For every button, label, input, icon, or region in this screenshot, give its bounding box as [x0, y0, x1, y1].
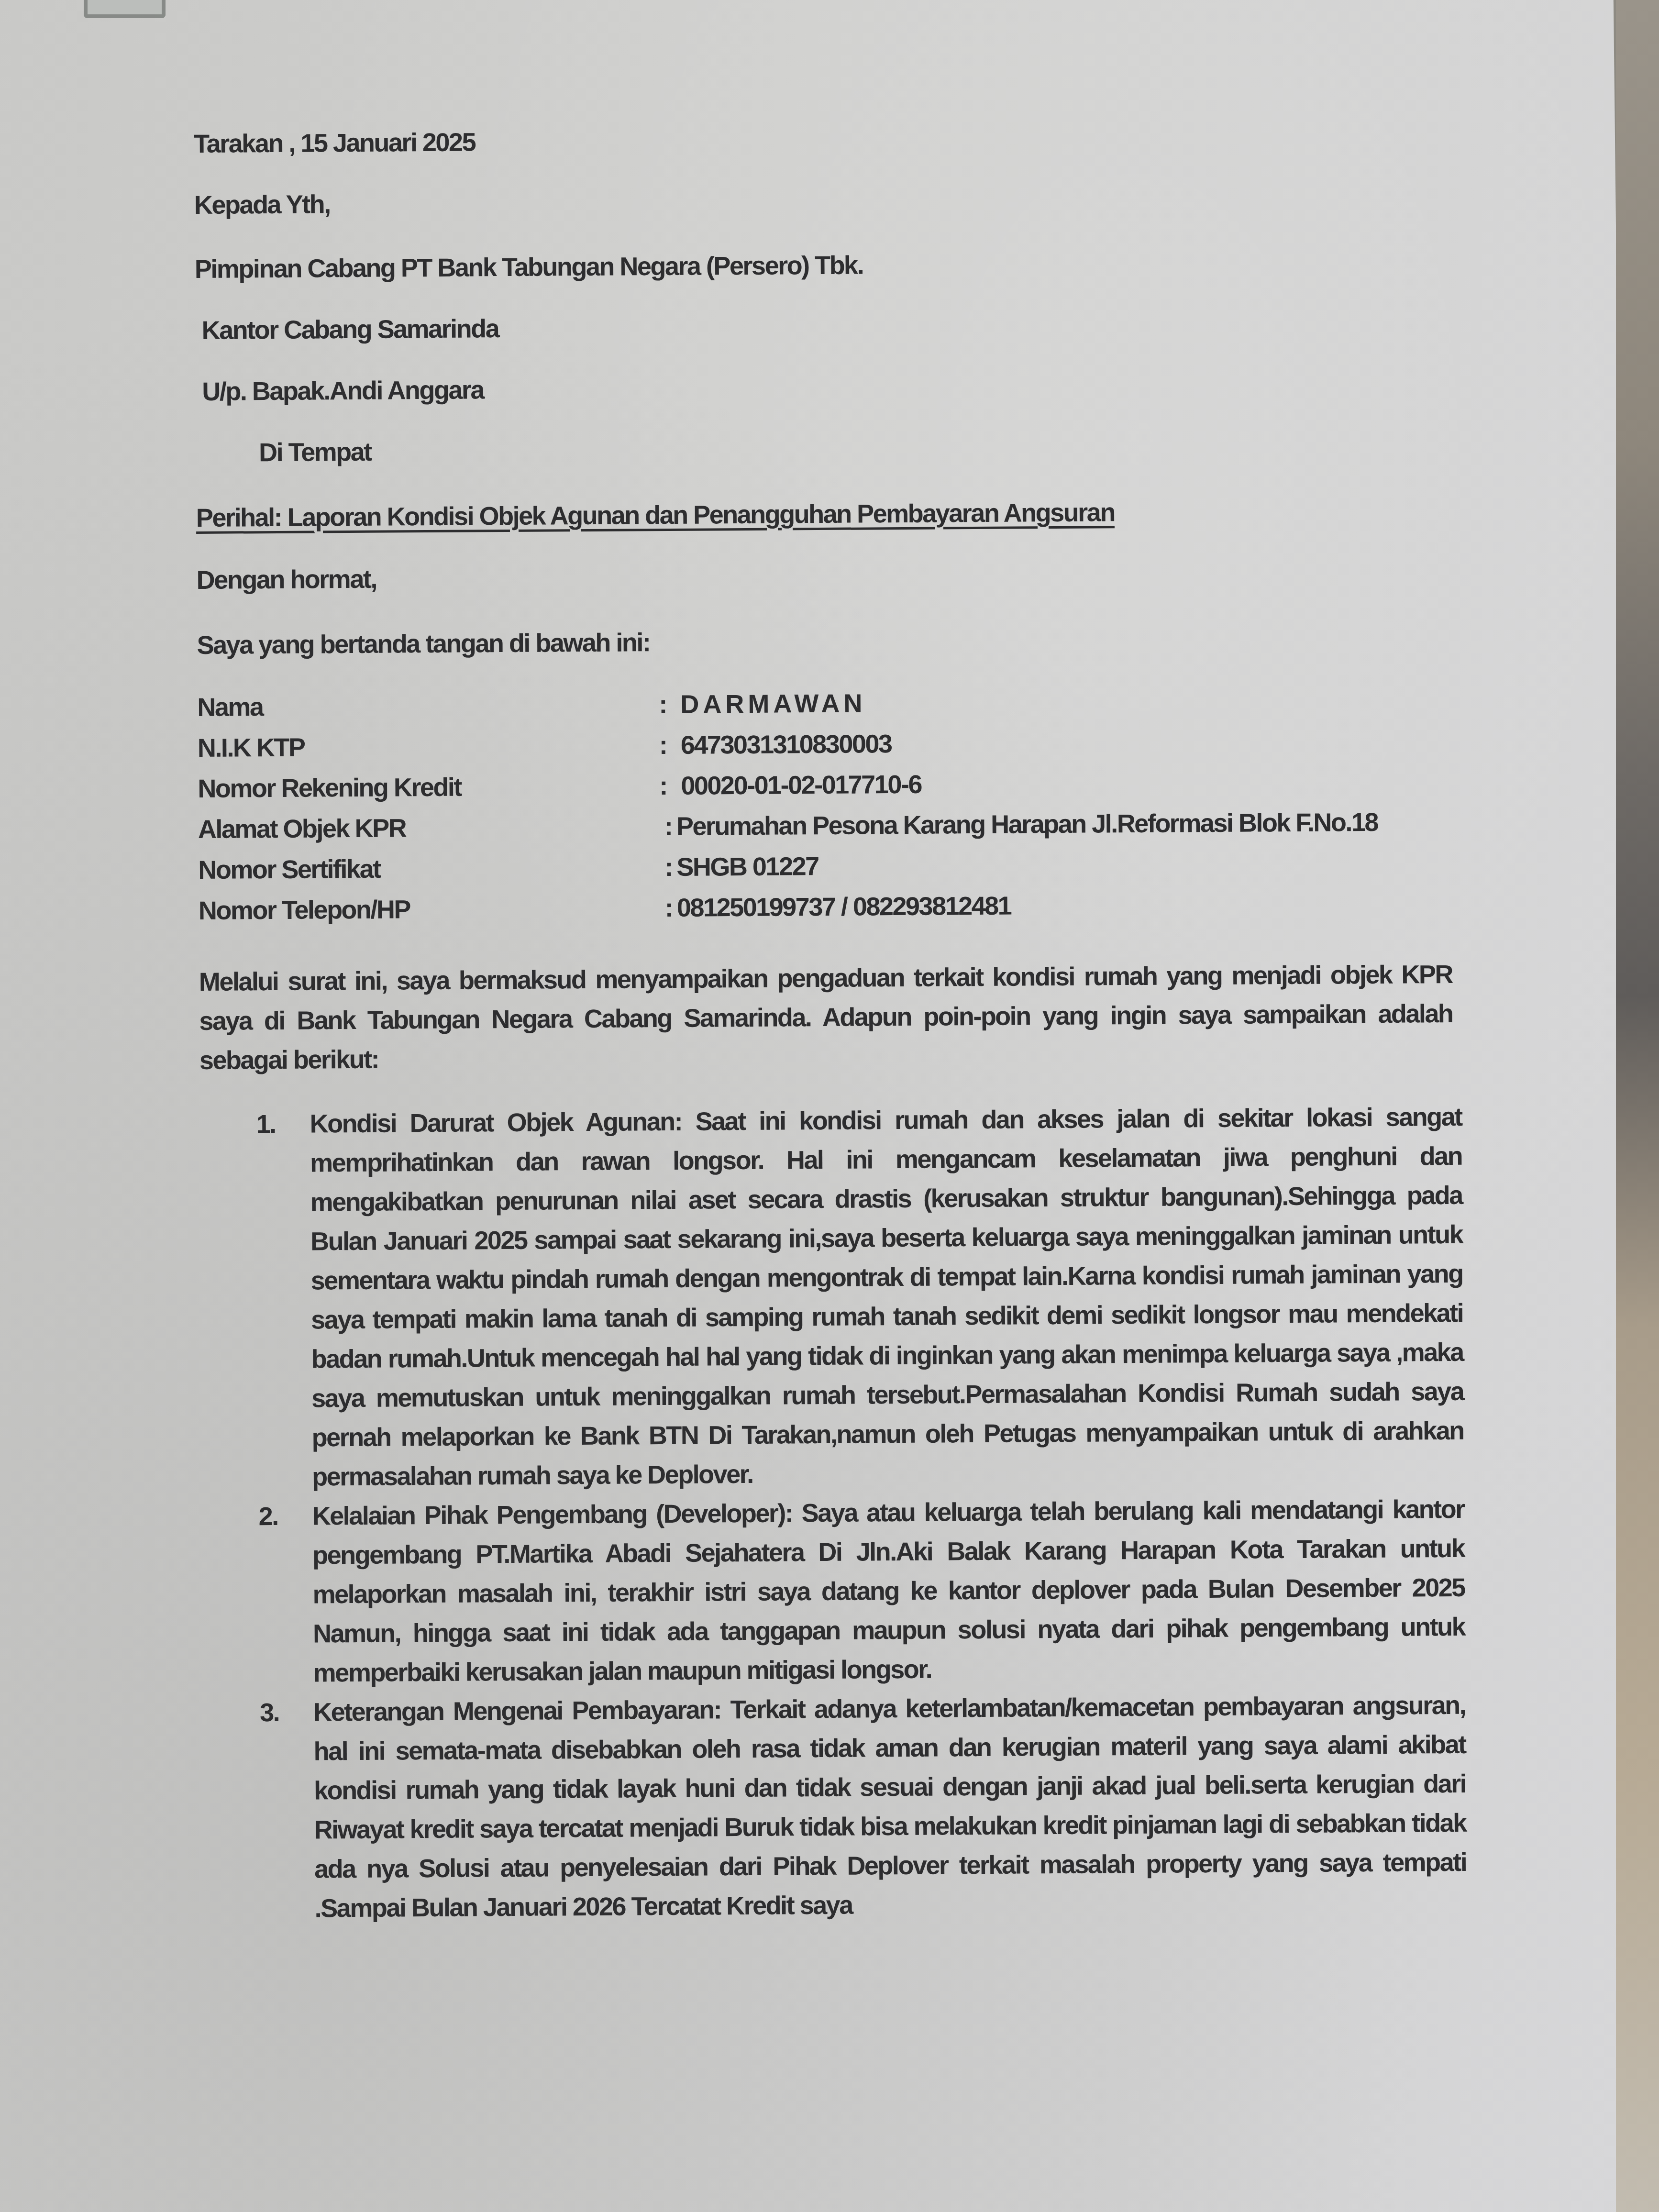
identity-separator: :: [664, 852, 672, 882]
identity-separator: :: [665, 893, 673, 923]
identity-separator: :: [659, 690, 666, 719]
list-item-text: Keterangan Mengenai Pembayaran: Terkait …: [313, 1691, 1466, 1923]
salutation-to: Kepada Yth,: [194, 189, 330, 220]
identity-label: Nomor Telepon/HP: [199, 895, 410, 926]
greeting: Dengan hormat,: [197, 564, 376, 595]
identity-value: Perumahan Pesona Karang Harapan Jl.Refor…: [676, 807, 1378, 841]
list-item-number: 2.: [258, 1497, 278, 1536]
subject-line: Perihal: Laporan Kondisi Objek Agunan da…: [196, 498, 1115, 533]
body-intro-paragraph: Melalui surat ini, saya bermaksud menyam…: [199, 955, 1453, 1080]
place-date: Tarakan , 15 Januari 2025: [194, 127, 475, 159]
list-item-number: 1.: [256, 1105, 276, 1144]
identity-label: Alamat Objek KPR: [198, 813, 406, 844]
background-surface: [1616, 0, 1659, 2212]
intro-line: Saya yang bertanda tangan di bawah ini:: [197, 628, 650, 660]
list-item-number: 3.: [260, 1693, 279, 1732]
identity-separator: :: [659, 771, 667, 801]
identity-value: 6473031310830003: [681, 729, 892, 760]
recipient-line-2: Kantor Cabang Samarinda: [201, 314, 498, 345]
identity-label: Nomor Sertifikat: [198, 854, 380, 885]
identity-value: 081250199737 / 082293812481: [677, 891, 1011, 923]
recipient-line-3: U/p. Bapak.Andi Anggara: [202, 375, 484, 407]
identity-value: SHGB 01227: [676, 852, 818, 882]
identity-separator: :: [664, 812, 672, 841]
identity-separator: :: [659, 730, 667, 760]
identity-label: Nama: [197, 692, 263, 722]
list-item: 2. Kelalaian Pihak Pengembang (Developer…: [258, 1490, 1465, 1693]
identity-value: 00020-01-02-017710-6: [681, 770, 921, 801]
points-list: 1. Kondisi Darurat Objek Agunan: Saat in…: [256, 1097, 1466, 1928]
recipient-line-1: Pimpinan Cabang PT Bank Tabungan Negara …: [195, 250, 863, 284]
list-item: 3. Keterangan Mengenai Pembayaran: Terka…: [260, 1686, 1467, 1928]
staple-icon: [84, 0, 166, 18]
list-item-text: Kondisi Darurat Objek Agunan: Saat ini k…: [310, 1103, 1464, 1492]
recipient-line-4: Di Tempat: [259, 437, 371, 467]
list-item: 1. Kondisi Darurat Objek Agunan: Saat in…: [256, 1097, 1464, 1497]
identity-label: N.I.K KTP: [198, 733, 305, 763]
identity-value: DARMAWAN: [680, 688, 866, 719]
list-item-text: Kelalaian Pihak Pengembang (Developer): …: [312, 1495, 1465, 1688]
identity-label: Nomor Rekening Kredit: [198, 773, 461, 804]
